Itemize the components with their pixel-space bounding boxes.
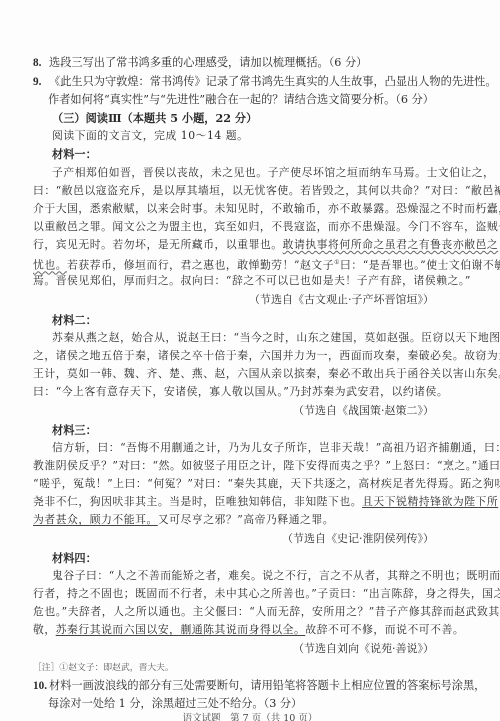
material-1-line: 介于大国，悉索敝赋，以来会时事。未知见时，不敢输币，亦不敢暴露。恐燥湿之不时而朽…: [33, 202, 500, 216]
material-2-line: 苏秦从燕之赵，始合从，说赵王曰：“当今之时，山东之建国，莫如赵强。臣窃以天下地图…: [52, 331, 500, 345]
material-4-line: 鬼谷子曰：“人之不善而能矫之者，难矣。说之不行，言之不从者，其辩之不明也；既明而…: [52, 569, 500, 583]
material-1-line: 曰：“敝邑以寇盗充斥，是以厚其墙垣，以无忧客使。若皆毁之，其何以共命？”对曰：“…: [33, 184, 500, 198]
material-2-line: 之，诸侯之地五倍于秦，诸侯之卒十倍于秦，六国并力为一，西面而攻秦，秦破必矣。故窃…: [33, 349, 500, 363]
material-3-heading: 材料三：: [52, 423, 97, 437]
underlined-text: 为者甚众，顾力不能耳。: [33, 513, 158, 526]
underlined-text: 且天下锐精持锋欲为陛下所: [362, 495, 498, 508]
question-8-text: 选段三写出了常书鸿多重的心理感受，请加以梳理概括。（6 分）: [49, 56, 367, 69]
material-1-line: 子产相郑伯如晋，晋侯以丧故，未之见也。子产使尽坏馆之垣而纳车马焉。士文伯让之，: [52, 166, 495, 180]
material-2-line: 曰：“今上客有意存天下，安诸侯，寡人敬以国从。”乃封苏秦为武安君，以约诸侯。: [33, 385, 448, 399]
material-1-line: 行，宾见无时。若勿坏，是无所藏币，以重罪也。敢请执事将何所命之虽君之有鲁丧亦敝邑…: [33, 238, 498, 252]
material-2-line: 王计，莫如一韩、魏、齐、楚、燕、赵，六国从亲以摈秦，秦必不敢出兵于函谷关以害山东…: [33, 367, 500, 381]
question-8: 8.选段三写出了常书鸿多重的心理感受，请加以梳理概括。（6 分）: [33, 56, 367, 70]
question-10-text: 材料一画波浪线的部分有三处需要断句，请用铅笔将答题卡上相应位置的答案标号涂黑，: [49, 679, 485, 692]
page-footer: 语文试题 第 7 页（共 10 页）: [0, 712, 500, 721]
material-4-heading: 材料四：: [52, 551, 97, 565]
material-4-line: 敬，苏秦行其说而六国以安，蒯通陈其说而身得以全。故辞不可不修，而说不可不善。: [33, 623, 464, 637]
material-4-citation: （节选自刘向《说苑·善说》）: [293, 642, 434, 656]
section-title: （三）阅读Ⅲ（本题共 5 小题，22 分）: [52, 111, 257, 125]
underlined-text: 苏秦行其说而六国以安，蒯通陈其说而身得以全。: [56, 623, 306, 636]
wavy-underlined-text: 敢请执事将何所命之虽君之有鲁丧亦敝邑之: [283, 238, 499, 251]
material-1-citation: （节选自《古文观止·子产坏晋馆垣》）: [249, 293, 434, 307]
footnote: ［注］①赵文子：即赵武，晋大夫。: [33, 661, 174, 675]
material-2-heading: 材料二：: [52, 313, 97, 327]
material-4-line: 危也。”夫辞者，人之所以通也。主父偃曰：“人而无辞，安所用之？”昔子产修其辞而赵…: [33, 605, 500, 619]
material-3-line: 为者甚众，顾力不能耳。又可尽亨之邪？”高帝乃释通之罪。: [33, 513, 334, 527]
question-10: 10.材料一画波浪线的部分有三处需要断句，请用铅笔将答题卡上相应位置的答案标号涂…: [33, 679, 485, 693]
material-3-line: 尧非不仁，狗因吠非其主。当是时，臣唯独知韩信，非知陛下也。且天下锐精持锋欲为陛下…: [33, 495, 498, 509]
material-3-line: 信方斩，曰：“吾悔不用蒯通之计，乃为儿女子所诈，岂非天哉！”高祖乃诏齐捕蒯通，曰…: [52, 441, 500, 455]
material-3-citation: （节选自《史记·淮阴侯列传》）: [282, 532, 434, 546]
question-9-line2: 作者如何将“真实性”与“先进性”融合在一起的？请结合选文简要分析。（6 分）: [48, 93, 434, 107]
question-9-text: 《此生只为守敦煌：常书鸿传》记录了常书鸿先生真实的人生故事，凸显出人物的先进性。: [49, 75, 497, 88]
material-4-line: 行者，持之不固也；既固而不行者，未中其心之所善也。”子贡曰：“出言陈辞，身之得失…: [33, 587, 500, 601]
material-3-line: 教淮阴侯反乎？”对曰：“然。如彼竖子用臣之计，陛下安得而夷之乎？”上怒曰：“烹之…: [33, 459, 500, 473]
material-2-citation: （节选自《战国策·赵策二》）: [293, 404, 434, 418]
section-instruction: 阅读下面的文言文，完成 10～14 题。: [52, 129, 249, 143]
material-1-line: 忧也。若获荐币，修垣而行，君之惠也，敢惮勤劳！”赵文子①曰：“是吾罪也。”使士文…: [33, 256, 500, 273]
material-1-line: 以重敝邑之罪。闻文公之为盟主也，宾至如归，不畏寇盗，而亦不患燥湿。今门不容车，盗…: [33, 220, 500, 234]
wavy-underlined-text: 忧也。: [33, 259, 67, 272]
material-1-line: 焉。晋侯见郑伯，厚而归之。叔向曰：“辞之不可以已也如是夫！子产有辞，诸侯赖之。”: [33, 274, 471, 288]
question-9: 9.《此生只为守敦煌：常书鸿传》记录了常书鸿先生真实的人生故事，凸显出人物的先进…: [33, 75, 497, 89]
material-3-line: “嗟乎，冤哉！”上曰：“何冤？”对曰：“秦失其鹿，天下共逐之，高材疾足者先得焉。…: [33, 477, 500, 491]
material-1-heading: 材料一：: [52, 147, 97, 161]
question-10-line2: 每涂对一处给 1 分，涂黑超过三处不给分。（3 分）: [48, 697, 302, 711]
